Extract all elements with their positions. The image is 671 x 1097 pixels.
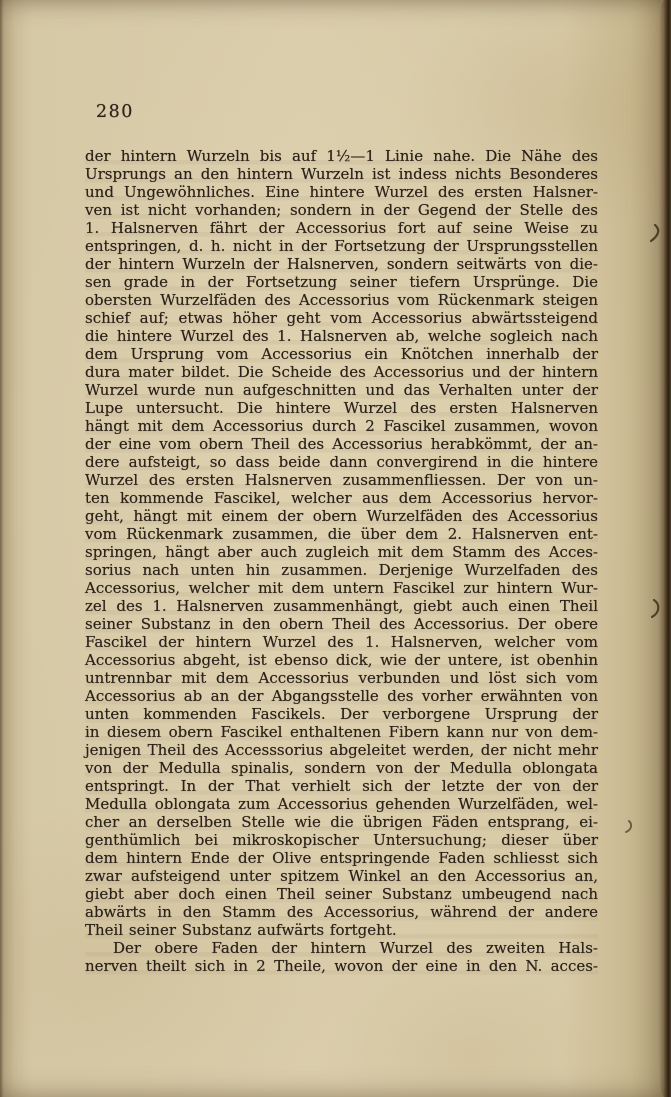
text-line: geht, hängt mit einem der obern Wurzelfä… [85,507,598,525]
text-line: ten kommende Fascikel, welcher aus dem A… [85,489,598,507]
text-line: dem hintern Ende der Olive entspringende… [85,849,598,867]
text-line: unten kommenden Fascikels. Der verborgen… [85,705,598,723]
text-line: Lupe untersucht. Die hintere Wurzel des … [85,399,598,417]
text-line: Accessorius, welcher mit dem untern Fasc… [85,579,598,597]
text-line: der eine vom obern Theil des Accessorius… [85,435,598,453]
text-line: Wurzel des ersten Halsnerven zusammenfli… [85,471,598,489]
edge-ink-mark-bottom-icon [623,818,637,836]
text-line: springen, hängt aber auch zugleich mit d… [85,543,598,561]
text-line: Medulla oblongata zum Accessorius gehend… [85,795,598,813]
text-line: die hintere Wurzel des 1. Halsnerven ab,… [85,327,598,345]
text-line: ven ist nicht vorhanden; sondern in der … [85,201,598,219]
text-line: hängt mit dem Accessorius durch 2 Fascik… [85,417,598,435]
text-line: zwar aufsteigend unter spitzem Winkel an… [85,867,598,885]
body-text-column: der hintern Wurzeln bis auf 1½—1 Linie n… [85,147,598,975]
text-line: seiner Substanz in den obern Theil des A… [85,615,598,633]
text-line: entspringen, d. h. nicht in der Fortsetz… [85,237,598,255]
text-line: dura mater bildet. Die Scheide des Acces… [85,363,598,381]
text-line: cher an derselben Stelle wie die übrigen… [85,813,598,831]
text-line: der hintern Wurzeln bis auf 1½—1 Linie n… [85,147,598,165]
text-line: entspringt. In der That verhielt sich de… [85,777,598,795]
text-line: Der obere Faden der hintern Wurzel des z… [85,939,598,957]
text-line: dere aufsteigt, so dass beide dann conve… [85,453,598,471]
text-line: jenigen Theil des Accesssorius abgeleite… [85,741,598,759]
text-line: genthümlich bei mikroskopischer Untersuc… [85,831,598,849]
text-line: giebt aber doch einen Theil seiner Subst… [85,885,598,903]
text-line: dem Ursprung vom Accessorius ein Knötche… [85,345,598,363]
text-line: Fascikel der hintern Wurzel des 1. Halsn… [85,633,598,651]
page-right-scan-edge [659,0,671,1097]
text-line: abwärts in den Stamm des Accessorius, wä… [85,903,598,921]
text-line: Accessorius ab an der Abgangsstelle des … [85,687,598,705]
text-line: untrennbar mit dem Accessorius verbunden… [85,669,598,687]
text-line: sen grade in der Fortsetzung seiner tief… [85,273,598,291]
text-line: zel des 1. Halsnerven zusammenhängt, gie… [85,597,598,615]
text-line: und Ungewöhnliches. Eine hintere Wurzel … [85,183,598,201]
page-left-edge [0,0,4,1097]
text-line: Theil seiner Substanz aufwärts fortgeht. [85,921,598,939]
page-number: 280 [96,102,134,122]
text-line: schief auf; etwas höher geht vom Accesso… [85,309,598,327]
text-line: obersten Wurzelfäden des Accessorius vom… [85,291,598,309]
text-line: Ursprungs an den hintern Wurzeln ist ind… [85,165,598,183]
text-line: Accessorius abgeht, ist ebenso dick, wie… [85,651,598,669]
text-line: in diesem obern Fascikel enthaltenen Fib… [85,723,598,741]
text-line: der hintern Wurzeln der Halsnerven, sond… [85,255,598,273]
text-line: sorius nach unten hin zusammen. Derjenig… [85,561,598,579]
text-line: 1. Halsnerven fährt der Accessorius fort… [85,219,598,237]
scanned-book-page: 280 der hintern Wurzeln bis auf 1½—1 Lin… [0,0,671,1097]
text-line: vom Rückenmark zusammen, die über dem 2.… [85,525,598,543]
text-line: Wurzel wurde nun aufgeschnitten und das … [85,381,598,399]
text-line: von der Medulla spinalis, sondern von de… [85,759,598,777]
text-line: nerven theilt sich in 2 Theile, wovon de… [85,957,598,975]
